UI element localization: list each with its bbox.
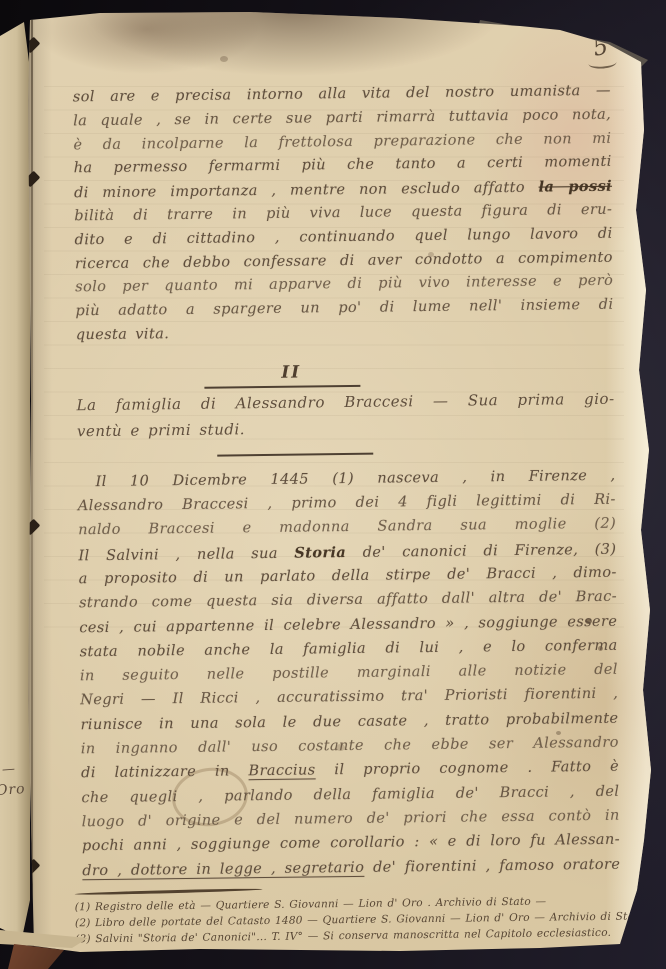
manuscript-page: 5 sol are e precisa intorno alla vita de… xyxy=(0,0,666,969)
section-title: La famiglia di Alessandro Braccesi — Sua… xyxy=(77,389,616,448)
section-numeral: II xyxy=(76,358,614,385)
margin-fragment-word: Oro xyxy=(0,781,26,799)
manuscript-text-segment: de' canonici di Firenze, (3) xyxy=(346,541,616,560)
manuscript-text-segment: di minore importanza , mentre non esclud… xyxy=(74,180,539,202)
paragraph-intro: sol are e precisa intorno alla vita del … xyxy=(73,83,614,351)
manuscript-text-segment: di latinizzare in xyxy=(81,764,249,782)
underline-flourish xyxy=(75,888,263,896)
section-divider xyxy=(217,452,373,456)
paragraph-body: Il 10 Dicembre 1445 (1) nasceva , in Fir… xyxy=(77,467,620,887)
page-number: 5 xyxy=(591,32,618,69)
gutter-crease xyxy=(31,14,33,948)
manuscript-text: sol are e precisa intorno alla vita del … xyxy=(73,83,621,950)
footnotes: (1) Registro delle età — Quartiere S. Gi… xyxy=(75,894,622,949)
emphasized-text: dro , dottore in legge , segretario xyxy=(82,859,364,878)
emphasized-text: Storia xyxy=(294,544,346,562)
emphasized-text: la possi xyxy=(538,178,612,196)
manuscript-line: dro , dottore in legge , segretario de' … xyxy=(82,856,620,887)
margin-fragment-dash: — xyxy=(1,762,16,778)
photo-background: { "page_number": "5", "margin_fragments"… xyxy=(0,0,666,969)
manuscript-line: ventù e primi studi. xyxy=(77,415,615,448)
ink-spot xyxy=(220,56,228,62)
section-divider xyxy=(204,385,360,389)
manuscript-text-segment: Il Salvini , nella sua xyxy=(78,545,294,564)
manuscript-text-segment: de' fiorentini , famoso oratore xyxy=(364,856,620,875)
facing-page-edge: — Oro xyxy=(0,0,30,969)
emphasized-text: Braccius xyxy=(248,763,315,780)
